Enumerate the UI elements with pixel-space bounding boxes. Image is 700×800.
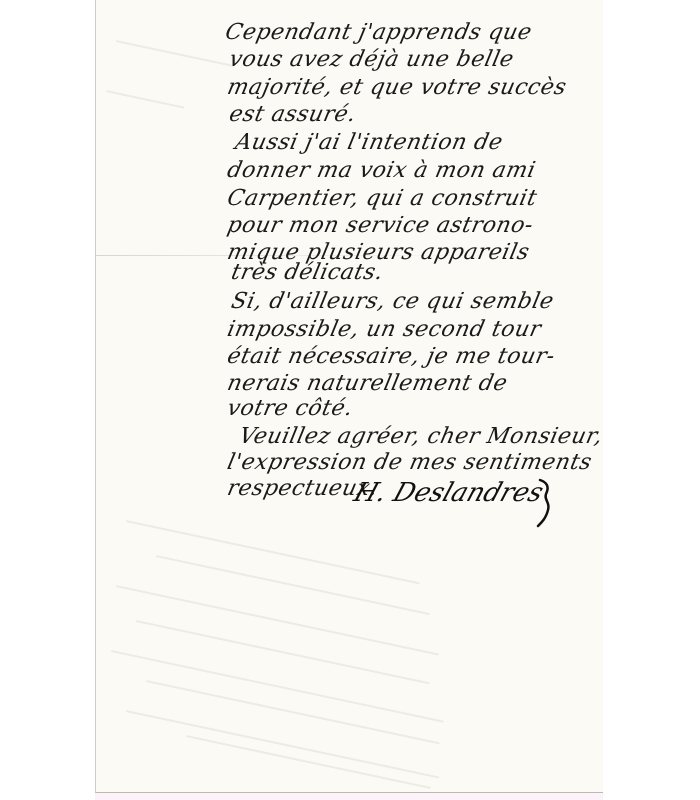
letter-line: l'expression de mes sentiments — [225, 450, 594, 475]
letter-line: très délicats. — [229, 260, 386, 285]
signature-flourish-icon — [536, 478, 566, 528]
letter-line: vous avez déjà une belle — [227, 47, 516, 72]
letter-line: est assuré. — [227, 102, 358, 127]
letter-line: Aussi j'ai l'intention de — [233, 130, 505, 155]
letter-line: Cependant j'apprends que — [223, 20, 534, 45]
letter-line: votre côté. — [225, 396, 355, 421]
letter-line: Si, d'ailleurs, ce qui semble — [229, 289, 556, 314]
letter-line: impossible, un second tour — [225, 317, 544, 342]
letter-line: Carpentier, qui a construit — [225, 186, 539, 211]
letter-page: Cependant j'apprends que vous avez déjà … — [95, 0, 603, 793]
scan-background-tint — [95, 793, 603, 800]
signature: H. Deslandres — [350, 478, 547, 508]
letter-line: donner ma voix à mon ami — [225, 158, 538, 183]
letter-line: Veuillez agréer, cher Monsieur, — [237, 424, 603, 449]
letter-line: majorité, et que votre succès — [225, 75, 569, 100]
letter-line: était nécessaire, je me tour- — [225, 344, 557, 369]
letter-line: nerais naturellement de — [225, 371, 510, 396]
letter-line: pour mon service astrono- — [225, 213, 536, 238]
